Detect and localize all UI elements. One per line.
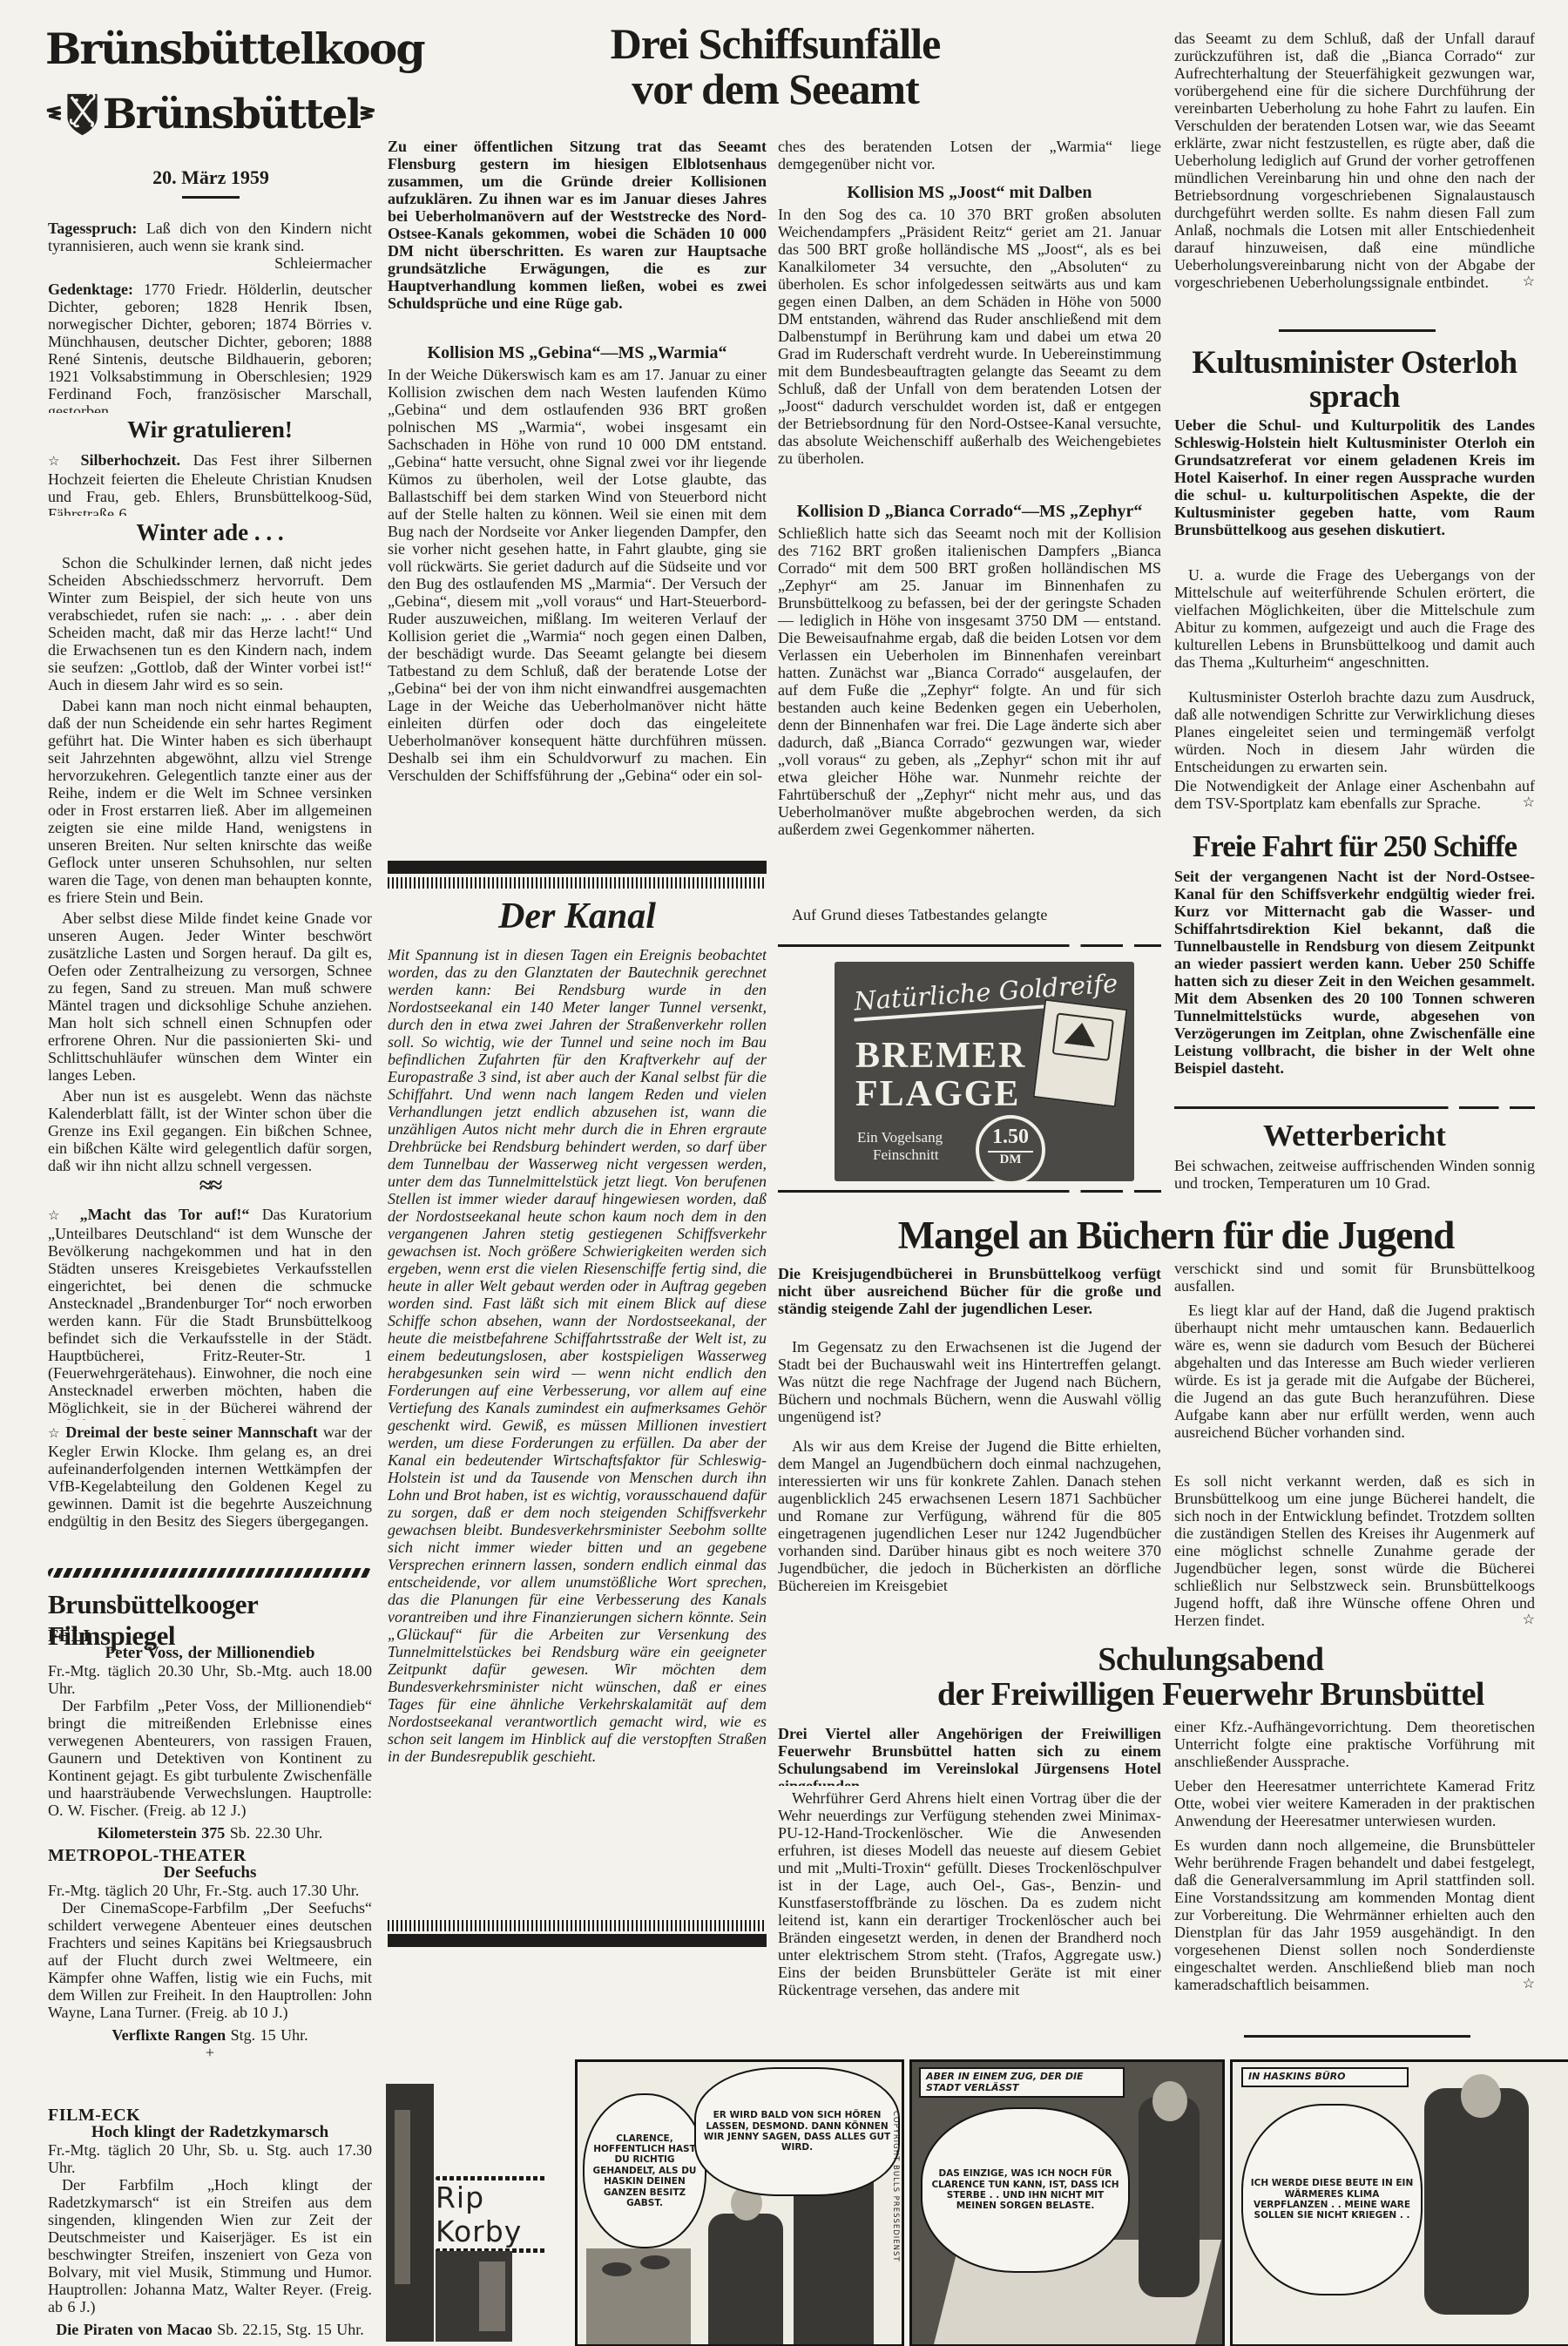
feuerwehr-paragraph: Wehrführer Gerd Ahrens hielt einen Vortr… (778, 1789, 1161, 1998)
gedenktage-text: 1770 Friedr. Hölderlin, deutscher Dichte… (48, 281, 372, 413)
kanal-top-bar (388, 861, 767, 874)
osterloh-lead: Ueber die Schul- und Kulturpolitik des L… (1174, 416, 1535, 563)
cinema-name-feli: FELI (48, 1627, 372, 1645)
woman-head (1152, 2081, 1187, 2121)
seeamt-gebina-text: In der Weiche Dükerswisch kam es am 17. … (388, 366, 767, 855)
film-description: Der Farbfilm „Peter Voss, der Millionend… (48, 1697, 372, 1819)
rule-below-ad (778, 1190, 1161, 1193)
osterloh-paragraph: Die Notwendigkeit der Anlage einer Asche… (1174, 777, 1535, 812)
gedenktage: Gedenktage: 1770 Friedr. Hölderlin, deut… (48, 281, 372, 413)
winter-article: Schon die Schulkinder lernen, daß nicht … (48, 554, 372, 1174)
film-extra-time: Sb. 22.30 Uhr. (230, 1824, 323, 1842)
ad-tobacco-pack-image (1032, 999, 1127, 1108)
wetterbericht-text: Bei schwachen, zeitweise auffrischenden … (1174, 1157, 1535, 1213)
ad-brand: BREMER FLAGGE (855, 1037, 1026, 1113)
ad-subline: Ein Vogelsang Feinschnitt (857, 1129, 943, 1164)
comic-caption: IN HASKINS BÜRO (1241, 2067, 1409, 2087)
comic-caption: ABER IN EINEM ZUG, DER DIE STADT VERLÄSS… (919, 2067, 1125, 2098)
kanal-bottom-ticks (388, 1920, 767, 1931)
heading-wir-gratulieren: Wir gratulieren! (48, 416, 372, 443)
kanal-top-ticks (388, 877, 767, 889)
ad-sub-line2: Feinschnitt (873, 1146, 943, 1164)
ad-brand-line2: FLAGGE (855, 1075, 1026, 1113)
kegler-item: ☆ Dreimal der beste seiner Mannschaft wa… (48, 1423, 372, 1561)
ad-price-unit: DM (979, 1153, 1042, 1167)
main-headline: Drei Schiffsunfälle vor dem Seeamt (392, 21, 1159, 112)
article-end-star-icon: ☆ (1523, 1976, 1535, 1993)
masthead-row2: Brünsbüttel (45, 74, 376, 154)
article-end-star-icon: ☆ (1523, 794, 1535, 812)
tor-auf-text: Das Kuratorium „Unteilbares Deutschland“… (48, 1206, 372, 1420)
seeamt-warmia-continuation: ches des beratenden Lotsen der „Warmia“ … (778, 138, 1161, 178)
haskin-figure (1424, 2088, 1529, 2315)
film-extra-title: Kilometerstein 375 (98, 1824, 225, 1842)
ad-sub-line1: Ein Vogelsang (857, 1129, 943, 1146)
feuerwehr-paragraph: Es wurden dann noch allgemeine, die Brun… (1174, 1836, 1535, 1993)
seeamt-lead: Zu einer öffentlichen Sitzung trat das S… (388, 138, 767, 340)
ad-price: 1.50 (988, 1124, 1033, 1153)
film-title: Der Seefuchs (48, 1864, 372, 1882)
heading-osterloh-line1: Kultusminister Osterloh (1174, 347, 1535, 381)
feuerwehr-lead: Drei Viertel aller Angehörigen der Freiw… (778, 1725, 1161, 1786)
item-star-icon: ☆ (48, 1209, 67, 1223)
comic-artwork (395, 2110, 410, 2284)
gedenktage-label: Gedenktage: (48, 281, 133, 298)
comic-panel-3: IN HASKINS BÜRO ICH WERDE DIESE BEUTE IN… (1230, 2059, 1568, 2346)
main-headline-line1: Drei Schiffsunfälle (392, 21, 1159, 66)
film-title: Peter Voss, der Millionendieb (48, 1645, 372, 1662)
ribbon-left-icon (45, 98, 62, 130)
feuerwehr-paragraph-col4: Ueber den Heeresatmer unterrichtete Kame… (1174, 1777, 1535, 1833)
cinema-feli-block: FELI Peter Voss, der Millionendieb Fr.-M… (48, 1627, 372, 1842)
film-description: Der CinemaScope-Farbfilm „Der Seefuchs“ … (48, 1899, 372, 2021)
speech-bubble: CLARENCE, HOFFENTLICH HAST DU RICHTIG GE… (583, 2093, 706, 2248)
film-extra: Die Piraten von Macao Sb. 22.15, Stg. 15… (48, 2321, 372, 2338)
subhead-gebina-warmia: Kollision MS „Gebina“—MS „Warmia“ (388, 343, 767, 363)
film-times: Fr.-Mtg. täglich 20 Uhr, Fr.-Stg. auch 1… (48, 1882, 372, 1899)
buecher-paragraph: Als wir aus dem Kreise der Jugend die Bi… (778, 1437, 1161, 1594)
comic-title-block: Rip Korby (436, 2176, 547, 2253)
ribbon-right-icon (360, 98, 376, 130)
headline-schulungsabend-line1: Schulungsabend (871, 1643, 1551, 1678)
cinema-filmeck-block: FILM-ECK Hoch klingt der Radetzkymarsch … (48, 2106, 372, 2340)
item-star-icon: ☆ (48, 455, 68, 469)
winter-paragraph: Dabei kann man noch nicht einmal behaupt… (48, 697, 372, 906)
tagesspruch: Tagesspruch: Laß dich von den Kindern ni… (48, 220, 372, 277)
comic-artwork (479, 2261, 505, 2331)
osterloh-last-paragraph: Die Notwendigkeit der Anlage einer Asche… (1174, 777, 1535, 829)
buecher-paragraph: Es soll nicht verkannt werden, daß es si… (1174, 1472, 1535, 1629)
film-description: Der Farbfilm „Hoch klingt der Radetzkyma… (48, 2176, 372, 2316)
heading-osterloh-line2: sprach (1174, 381, 1535, 415)
film-extra: Verflixte Rangen Stg. 15 Uhr. (48, 2026, 372, 2044)
feuerwehr-paragraph-col4: einer Kfz.-Aufhängevorrichtung. Dem theo… (1174, 1718, 1535, 1774)
film-extra-title: Verflixte Rangen (112, 2026, 226, 2044)
cinema-name-metropol: METROPOL-THEATER (48, 1847, 372, 1864)
comic-panel-1: CLARENCE, HOFFENTLICH HAST DU RICHTIG GE… (575, 2059, 904, 2346)
article-end-star-icon: ☆ (1523, 1612, 1535, 1629)
headline-schulungsabend-line2: der Freiwilligen Feuerwehr Brunsbüttel (871, 1678, 1551, 1713)
heading-wetterbericht: Wetterbericht (1174, 1119, 1535, 1153)
film-extra-title: Die Piraten von Macao (56, 2321, 212, 2338)
masthead: Brünsbüttelkoog Brünsbüttel 20. März 195… (45, 28, 376, 199)
stove-burner (640, 2255, 670, 2269)
masthead-title-line1: Brünsbüttelkoog (45, 28, 376, 71)
film-title: Hoch klingt der Radetzkymarsch (48, 2124, 372, 2141)
newspaper-page: Brünsbüttelkoog Brünsbüttel 20. März 195… (0, 0, 1568, 2346)
freie-fahrt-text: Seit der vergangenen Nacht ist der Nord-… (1174, 868, 1535, 1096)
masthead-title-line2: Brünsbüttel (103, 94, 361, 135)
rope-separator (48, 1568, 372, 1578)
stove-burner (602, 2262, 632, 2276)
item-star-icon: ☆ (48, 1427, 60, 1441)
heading-freie-fahrt: Freie Fahrt für 250 Schiffe (1174, 829, 1535, 864)
feuerwehr-last-paragraph: Es wurden dann noch allgemeine, die Brun… (1174, 1836, 1535, 2026)
speech-bubble: ER WIRD BALD VON SICH HÖREN LASSEN, DESM… (694, 2067, 900, 2196)
cinema-metropol-block: METROPOL-THEATER Der Seefuchs Fr.-Mtg. t… (48, 1847, 372, 2101)
bremer-flagge-ad: Natürliche Goldreife BREMER FLAGGE Ein V… (835, 962, 1134, 1181)
comic-partial-panel-left (386, 2084, 434, 2342)
ad-brand-line1: BREMER (855, 1037, 1026, 1075)
headline-schulungsabend: Schulungsabend der Freiwilligen Feuerweh… (871, 1643, 1551, 1713)
osterloh-paragraph: Kultusminister Osterloh brachte dazu zum… (1174, 688, 1535, 775)
crest-anchor-key-icon (64, 74, 101, 154)
ad-price-badge: 1.50 DM (976, 1115, 1045, 1185)
heading-der-kanal: Der Kanal (388, 896, 767, 937)
osterloh-paragraph: U. a. wurde die Frage des Uebergangs von… (1174, 566, 1535, 671)
main-headline-line2: vor dem Seeamt (392, 66, 1159, 112)
kanal-bottom-bar (388, 1934, 767, 1947)
seeamt-bianca-lastline: Auf Grund dieses Tatbestandes gelangte (778, 906, 1161, 927)
tagesspruch-author: Schleiermacher (274, 254, 372, 272)
article-end-star-icon: ☆ (1523, 274, 1535, 291)
masthead-rule (182, 196, 240, 199)
rule-above-ad (778, 944, 1161, 947)
buecher-lead: Die Kreisjugendbücherei in Brunsbüttelko… (778, 1265, 1161, 1336)
headline-mangel-buecher: Mangel an Büchern für die Jugend (801, 1213, 1551, 1258)
comic-title: Rip Korby (436, 2180, 547, 2248)
short-rule (1279, 329, 1436, 332)
butler-figure (708, 2214, 783, 2344)
stove-artwork (586, 2248, 691, 2344)
plus-separator-icon: + (48, 2044, 372, 2061)
winter-paragraph: Aber selbst diese Milde findet keine Gna… (48, 909, 372, 1084)
comic-panel-2: ABER IN EINEM ZUG, DER DIE STADT VERLÄSS… (909, 2059, 1225, 2346)
buecher-paragraph: Im Gegensatz zu den Erwachsenen ist die … (778, 1338, 1161, 1425)
silberhochzeit-item: ☆ Silberhochzeit. Das Fest ihrer Silbern… (48, 451, 372, 516)
heading-winter-ade: Winter ade . . . (48, 519, 372, 546)
film-extra-time: Stg. 15 Uhr. (231, 2026, 308, 2044)
heading-osterloh: Kultusminister Osterloh sprach (1174, 347, 1535, 415)
tor-auf-label: „Macht das Tor auf!“ (80, 1206, 250, 1223)
seeamt-continuation-col4: das Seeamt zu dem Schluß, daß der Unfall… (1174, 30, 1535, 314)
rule-above-wetter (1174, 1106, 1535, 1109)
comic-artwork-fragment (436, 2251, 512, 2342)
speech-bubble: ICH WERDE DIESE BEUTE IN EIN WÄRMERES KL… (1241, 2104, 1423, 2295)
masthead-date: 20. März 1959 (45, 166, 376, 189)
seeamt-bianca-text: Schließlich hatte sich das Seeamt noch m… (778, 524, 1161, 904)
subhead-joost-dalben: Kollision MS „Joost“ mit Dalben (778, 183, 1161, 203)
comic-copyright: COPYRIGHT BULLS PRESSEDIENST (891, 2111, 900, 2262)
seeamt-continuation-text: das Seeamt zu dem Schluß, daß der Unfall… (1174, 30, 1535, 291)
winter-paragraph: Aber nun ist es ausgelebt. Wenn das näch… (48, 1087, 372, 1174)
wave-separator-icon: ≈≈ (48, 1173, 372, 1199)
film-extra-time: Sb. 22.15, Stg. 15 Uhr. (217, 2321, 364, 2338)
kegler-label: Dreimal der beste seiner Mannschaft (65, 1423, 318, 1441)
cinema-name-filmeck: FILM-ECK (48, 2106, 372, 2124)
film-extra: Kilometerstein 375 Sb. 22.30 Uhr. (48, 1824, 372, 1842)
short-rule (1244, 2035, 1470, 2038)
buecher-paragraph: Es liegt klar auf der Hand, daß die Juge… (1174, 1301, 1535, 1441)
tor-auf-item: ☆ „Macht das Tor auf!“ Das Kuratorium „U… (48, 1206, 372, 1420)
film-times: Fr.-Mtg. täglich 20.30 Uhr, Sb.-Mtg. auc… (48, 1662, 372, 1697)
haskin-head (1461, 2074, 1501, 2118)
seeamt-joost-text: In den Sog des ca. 10 370 BRT großen abs… (778, 206, 1161, 498)
winter-paragraph: Schon die Schulkinder lernen, daß nicht … (48, 554, 372, 693)
silberhochzeit-label: Silberhochzeit. (80, 451, 180, 469)
subhead-bianca-zephyr: Kollision D „Bianca Corrado“—MS „Zephyr“ (778, 502, 1161, 522)
woman-figure (1139, 2097, 1200, 2297)
buecher-last-paragraph: Es soll nicht verkannt werden, daß es si… (1174, 1472, 1535, 1629)
film-times: Fr.-Mtg. täglich 20 Uhr, Sb. u. Stg. auc… (48, 2141, 372, 2176)
kanal-editorial-text: Mit Spannung ist in diesen Tagen ein Ere… (388, 946, 767, 1911)
speech-bubble: DAS EINZIGE, WAS ICH NOCH FÜR CLARENCE T… (921, 2107, 1130, 2273)
buecher-paragraph-col4: verschickt sind und somit für Brunsbütte… (1174, 1260, 1535, 1298)
tagesspruch-label: Tagesspruch: (48, 220, 137, 237)
